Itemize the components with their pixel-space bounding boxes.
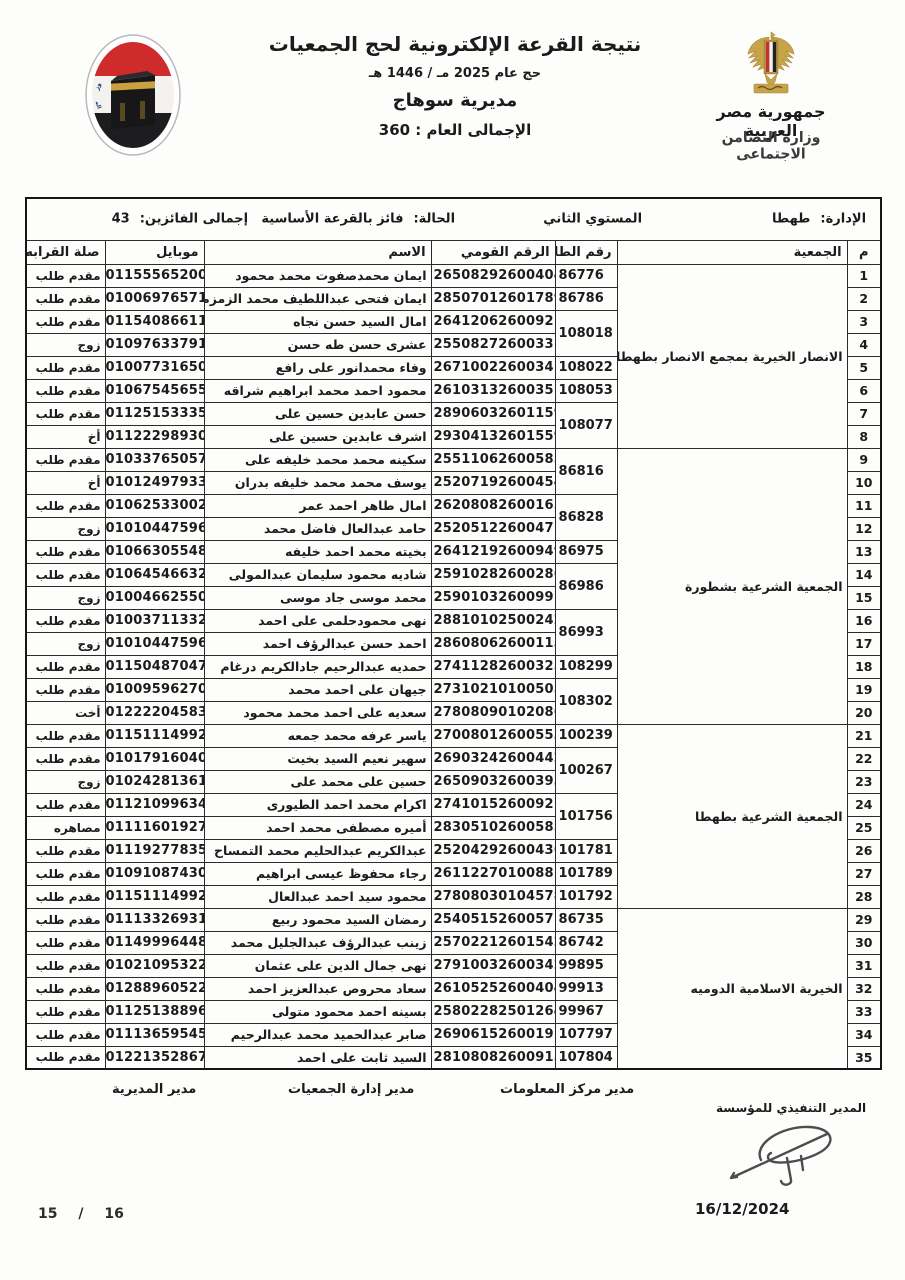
relation-cell: مقدم طلب bbox=[26, 724, 105, 747]
winners-total-value: 43 bbox=[112, 212, 130, 227]
name-cell: سهير نعيم السيد بخيت bbox=[204, 747, 431, 770]
name-cell: سعديه على احمد محمد محمود bbox=[204, 701, 431, 724]
request-number-cell: 101789 bbox=[555, 862, 617, 885]
name-cell: امال السيد حسن نجاه bbox=[204, 310, 431, 333]
row-number-cell: 32 bbox=[847, 977, 881, 1000]
name-cell: محمود احمد محمد ابراهيم شراقه bbox=[204, 379, 431, 402]
name-cell: وفاء محمدانور على رافع bbox=[204, 356, 431, 379]
egypt-state-emblem bbox=[738, 28, 804, 106]
status-field: الحالة:فائز بالقرعة الأساسية bbox=[261, 212, 455, 227]
column-header-request-number: رقم الطلب bbox=[555, 240, 617, 264]
document-page: وزارة التضامن الاجتماعي المؤسسة القومية … bbox=[0, 0, 905, 1280]
name-cell: حسن عابدين حسين على bbox=[204, 402, 431, 425]
page-separator: / bbox=[78, 1206, 83, 1222]
kaaba-icon bbox=[111, 71, 155, 129]
mobile-cell: 01150487047 bbox=[105, 655, 204, 678]
name-cell: عشرى حسن طه حسن bbox=[204, 333, 431, 356]
hajj-foundation-emblem: وزارة التضامن الاجتماعي المؤسسة القومية … bbox=[84, 33, 182, 161]
relation-cell: زوج bbox=[26, 632, 105, 655]
page-total: 16 bbox=[104, 1206, 123, 1222]
request-number-cell: 108302 bbox=[555, 678, 617, 724]
administration-value: طهطا bbox=[772, 212, 810, 227]
signature-title-executive-manager: المدير التنفيذي للمؤسسة bbox=[716, 1101, 866, 1115]
hajj-year-subtitle: حج عام 2025 مـ / 1446 هـ bbox=[250, 66, 660, 81]
mobile-cell: 01091087430 bbox=[105, 862, 204, 885]
mobile-cell: 01012497933 bbox=[105, 471, 204, 494]
row-number-cell: 26 bbox=[847, 839, 881, 862]
national-id-cell: 27808090102086 bbox=[431, 701, 555, 724]
relation-cell: مقدم طلب bbox=[26, 287, 105, 310]
mobile-cell: 01122298930 bbox=[105, 425, 204, 448]
relation-cell: مقدم طلب bbox=[26, 862, 105, 885]
national-id-cell: 26509032600393 bbox=[431, 770, 555, 793]
national-id-cell: 25204292600436 bbox=[431, 839, 555, 862]
administration-label: الإدارة: bbox=[820, 212, 866, 227]
mobile-cell: 01067545655 bbox=[105, 379, 204, 402]
association-cell: الجمعية الشرعية بشطورة bbox=[617, 448, 847, 724]
document-header: نتيجة القرعة الإلكترونية لحج الجمعيات حج… bbox=[250, 32, 660, 139]
request-number-cell: 86735 bbox=[555, 908, 617, 931]
name-cell: رمضان السيد محمود ربيع bbox=[204, 908, 431, 931]
relation-cell: مصاهره bbox=[26, 816, 105, 839]
table-info-row: الإدارة:طهطا المستوي الثاني الحالة:فائز … bbox=[26, 198, 881, 240]
name-cell: عبدالكريم عبدالحليم محمد التمساح bbox=[204, 839, 431, 862]
request-number-cell: 86986 bbox=[555, 563, 617, 609]
national-id-cell: 25802282501264 bbox=[431, 1000, 555, 1023]
relation-cell: أخ bbox=[26, 425, 105, 448]
row-number-cell: 16 bbox=[847, 609, 881, 632]
request-number-cell: 108053 bbox=[555, 379, 617, 402]
request-number-cell: 99967 bbox=[555, 1000, 617, 1023]
request-number-cell: 86742 bbox=[555, 931, 617, 954]
status-label: الحالة: bbox=[413, 212, 455, 227]
grand-total: الإجمالى العام : 360 bbox=[250, 121, 660, 139]
relation-cell: مقدم طلب bbox=[26, 563, 105, 586]
mobile-cell: 01121099634 bbox=[105, 793, 204, 816]
table-row: 21الجمعية الشرعية بطهطا10023927008012600… bbox=[26, 724, 881, 747]
mobile-cell: 01033765057 bbox=[105, 448, 204, 471]
association-cell: الجمعية الشرعية بطهطا bbox=[617, 724, 847, 908]
request-number-cell: 100267 bbox=[555, 747, 617, 793]
request-number-cell: 86975 bbox=[555, 540, 617, 563]
mobile-cell: 01009596270 bbox=[105, 678, 204, 701]
mobile-cell: 01097633791 bbox=[105, 333, 204, 356]
relation-cell: مقدم طلب bbox=[26, 908, 105, 931]
national-id-cell: 27008012600553 bbox=[431, 724, 555, 747]
name-cell: محمد موسى جاد موسى bbox=[204, 586, 431, 609]
page-number: 15 / 16 bbox=[38, 1206, 124, 1222]
row-number-cell: 1 bbox=[847, 264, 881, 287]
column-header-mobile: موبايل bbox=[105, 240, 204, 264]
column-header-association: الجمعية bbox=[617, 240, 847, 264]
name-cell: زينب عبدالرؤف عبدالجليل محمد bbox=[204, 931, 431, 954]
column-header-national-id: الرقم القومي bbox=[431, 240, 555, 264]
mobile-cell: 01149996448 bbox=[105, 931, 204, 954]
national-id-cell: 25702212601542 bbox=[431, 931, 555, 954]
request-number-cell: 100239 bbox=[555, 724, 617, 747]
national-id-cell: 29304132601559 bbox=[431, 425, 555, 448]
mobile-cell: 01113326931 bbox=[105, 908, 204, 931]
relation-cell: مقدم طلب bbox=[26, 448, 105, 471]
row-number-cell: 2 bbox=[847, 287, 881, 310]
page-current: 15 bbox=[38, 1206, 57, 1222]
document-date: 16/12/2024 bbox=[695, 1200, 789, 1218]
national-id-cell: 26710022600341 bbox=[431, 356, 555, 379]
mobile-cell: 01021095322 bbox=[105, 954, 204, 977]
national-id-cell: 28507012601789 bbox=[431, 287, 555, 310]
name-cell: يوسف محمد محمد خليفه بدران bbox=[204, 471, 431, 494]
name-cell: شاديه محمود سليمان عبدالمولى bbox=[204, 563, 431, 586]
column-header-name: الاسم bbox=[204, 240, 431, 264]
row-number-cell: 4 bbox=[847, 333, 881, 356]
name-cell: بسينه احمد محمود متولى bbox=[204, 1000, 431, 1023]
relation-cell: مقدم طلب bbox=[26, 264, 105, 287]
mobile-cell: 01222204583 bbox=[105, 701, 204, 724]
winners-total-label: إجمالى الفائزين: bbox=[140, 212, 248, 227]
mobile-cell: 01113659545 bbox=[105, 1023, 204, 1046]
relation-cell: مقدم طلب bbox=[26, 1000, 105, 1023]
national-id-cell: 25207192600454 bbox=[431, 471, 555, 494]
row-number-cell: 35 bbox=[847, 1046, 881, 1069]
mobile-cell: 01006976571 bbox=[105, 287, 204, 310]
name-cell: اشرف عابدين حسين على bbox=[204, 425, 431, 448]
handwritten-signature bbox=[723, 1120, 841, 1194]
table-row: 1الانصار الخيرية بمجمع الانصار بطهطا8677… bbox=[26, 264, 881, 287]
relation-cell: مقدم طلب bbox=[26, 954, 105, 977]
name-cell: اكرام محمد احمد الطيورى bbox=[204, 793, 431, 816]
row-number-cell: 6 bbox=[847, 379, 881, 402]
request-number-cell: 108018 bbox=[555, 310, 617, 356]
relation-cell: مقدم طلب bbox=[26, 310, 105, 333]
name-cell: ايمان محمدصفوت محمد محمود bbox=[204, 264, 431, 287]
request-number-cell: 99895 bbox=[555, 954, 617, 977]
relation-cell: مقدم طلب bbox=[26, 793, 105, 816]
national-id-cell: 26903242600442 bbox=[431, 747, 555, 770]
national-id-cell: 25205122600471 bbox=[431, 517, 555, 540]
national-id-cell: 27411282600325 bbox=[431, 655, 555, 678]
relation-cell: زوج bbox=[26, 333, 105, 356]
association-cell: الخيرية الاسلامية الدوميه bbox=[617, 908, 847, 1069]
national-id-cell: 28305102600585 bbox=[431, 816, 555, 839]
relation-cell: مقدم طلب bbox=[26, 379, 105, 402]
request-number-cell: 108077 bbox=[555, 402, 617, 448]
row-number-cell: 13 bbox=[847, 540, 881, 563]
mobile-cell: 01010447596 bbox=[105, 517, 204, 540]
signature-title-info-center: مدير مركز المعلومات bbox=[500, 1082, 634, 1097]
name-cell: السيد ثابت على احمد bbox=[204, 1046, 431, 1069]
name-cell: سعاد محروص عبدالعزيز احمد bbox=[204, 977, 431, 1000]
row-number-cell: 9 bbox=[847, 448, 881, 471]
request-number-cell: 86993 bbox=[555, 609, 617, 655]
row-number-cell: 18 bbox=[847, 655, 881, 678]
request-number-cell: 107797 bbox=[555, 1023, 617, 1046]
relation-cell: مقدم طلب bbox=[26, 977, 105, 1000]
column-header-relation: صلة القرابه bbox=[26, 240, 105, 264]
relation-cell: أخ bbox=[26, 471, 105, 494]
relation-cell: مقدم طلب bbox=[26, 839, 105, 862]
relation-cell: مقدم طلب bbox=[26, 1023, 105, 1046]
status-value: فائز بالقرعة الأساسية bbox=[261, 212, 403, 227]
mobile-cell: 01125138896 bbox=[105, 1000, 204, 1023]
national-id-cell: 25910282600286 bbox=[431, 563, 555, 586]
national-id-cell: 25508272600331 bbox=[431, 333, 555, 356]
relation-cell: مقدم طلب bbox=[26, 931, 105, 954]
row-number-cell: 12 bbox=[847, 517, 881, 540]
name-cell: صابر عبدالحميد محمد عبدالرحيم bbox=[204, 1023, 431, 1046]
national-id-cell: 27310210100505 bbox=[431, 678, 555, 701]
national-id-cell: 28608062600113 bbox=[431, 632, 555, 655]
kaaba-flag-emblem-icon: وزارة التضامن الاجتماعي المؤسسة القومية … bbox=[84, 33, 182, 157]
relation-cell: مقدم طلب bbox=[26, 1046, 105, 1069]
ministry-name: وزارة التضامن الاجتماعى bbox=[688, 129, 854, 163]
relation-cell: زوج bbox=[26, 770, 105, 793]
national-id-cell: 26508292600404 bbox=[431, 264, 555, 287]
row-number-cell: 3 bbox=[847, 310, 881, 333]
name-cell: نهى محمودحلمى على احمد bbox=[204, 609, 431, 632]
mobile-cell: 01010447596 bbox=[105, 632, 204, 655]
mobile-cell: 01024281361 bbox=[105, 770, 204, 793]
mobile-cell: 01003711332 bbox=[105, 609, 204, 632]
row-number-cell: 5 bbox=[847, 356, 881, 379]
mobile-cell: 01066305548 bbox=[105, 540, 204, 563]
directorate-name: مديرية سوهاج bbox=[250, 90, 660, 111]
name-cell: نهى جمال الدين على عثمان bbox=[204, 954, 431, 977]
lottery-results-table: الإدارة:طهطا المستوي الثاني الحالة:فائز … bbox=[25, 197, 882, 1070]
request-number-cell: 99913 bbox=[555, 977, 617, 1000]
mobile-cell: 01004662550 bbox=[105, 586, 204, 609]
relation-cell: مقدم طلب bbox=[26, 747, 105, 770]
national-id-cell: 26412192600949 bbox=[431, 540, 555, 563]
row-number-cell: 7 bbox=[847, 402, 881, 425]
row-number-cell: 17 bbox=[847, 632, 881, 655]
national-id-cell: 26112270100881 bbox=[431, 862, 555, 885]
name-cell: حسين على محمد على bbox=[204, 770, 431, 793]
table-row: 9الجمعية الشرعية بشطورة86816255110626005… bbox=[26, 448, 881, 471]
relation-cell: مقدم طلب bbox=[26, 356, 105, 379]
national-id-cell: 26105252600404 bbox=[431, 977, 555, 1000]
association-cell: الانصار الخيرية بمجمع الانصار بطهطا bbox=[617, 264, 847, 448]
national-id-cell: 26412062600921 bbox=[431, 310, 555, 333]
relation-cell: مقدم طلب bbox=[26, 402, 105, 425]
request-number-cell: 107804 bbox=[555, 1046, 617, 1069]
mobile-cell: 01125153335 bbox=[105, 402, 204, 425]
national-id-cell: 25511062600585 bbox=[431, 448, 555, 471]
mobile-cell: 01151114992 bbox=[105, 724, 204, 747]
eagle-icon bbox=[738, 28, 804, 102]
mobile-cell: 01062533002 bbox=[105, 494, 204, 517]
national-id-cell: 25405152600571 bbox=[431, 908, 555, 931]
signature-title-directorate-manager: مدير المديرية bbox=[112, 1082, 196, 1097]
row-number-cell: 29 bbox=[847, 908, 881, 931]
row-number-cell: 8 bbox=[847, 425, 881, 448]
row-number-cell: 28 bbox=[847, 885, 881, 908]
row-number-cell: 34 bbox=[847, 1023, 881, 1046]
relation-cell: أخت bbox=[26, 701, 105, 724]
national-id-cell: 27910032600342 bbox=[431, 954, 555, 977]
relation-cell: مقدم طلب bbox=[26, 678, 105, 701]
row-number-cell: 21 bbox=[847, 724, 881, 747]
relation-cell: مقدم طلب bbox=[26, 885, 105, 908]
national-id-cell: 27410152600921 bbox=[431, 793, 555, 816]
administration-field: الإدارة:طهطا bbox=[772, 212, 866, 227]
relation-cell: مقدم طلب bbox=[26, 540, 105, 563]
name-cell: أميره مصطفى محمد احمد bbox=[204, 816, 431, 839]
relation-cell: زوج bbox=[26, 586, 105, 609]
row-number-cell: 19 bbox=[847, 678, 881, 701]
mobile-cell: 01064546632 bbox=[105, 563, 204, 586]
info-bar: الإدارة:طهطا المستوي الثاني الحالة:فائز … bbox=[26, 198, 881, 240]
mobile-cell: 01154086611 bbox=[105, 310, 204, 333]
request-number-cell: 86776 bbox=[555, 264, 617, 287]
relation-cell: مقدم طلب bbox=[26, 655, 105, 678]
national-id-cell: 28810102500242 bbox=[431, 609, 555, 632]
row-number-cell: 10 bbox=[847, 471, 881, 494]
signature-title-associations-manager: مدير إدارة الجمعيات bbox=[288, 1082, 414, 1097]
name-cell: احمد حسن عبدالرؤف احمد bbox=[204, 632, 431, 655]
level-field: المستوي الثاني bbox=[543, 212, 642, 227]
mobile-cell: 01151114992 bbox=[105, 885, 204, 908]
name-cell: امال طاهر احمد عمر bbox=[204, 494, 431, 517]
name-cell: حامد عبدالعال فاضل محمد bbox=[204, 517, 431, 540]
request-number-cell: 108022 bbox=[555, 356, 617, 379]
name-cell: سكينه محمد محمد خليفه على bbox=[204, 448, 431, 471]
national-id-cell: 26208082600165 bbox=[431, 494, 555, 517]
row-number-cell: 31 bbox=[847, 954, 881, 977]
national-id-cell: 28906032601159 bbox=[431, 402, 555, 425]
request-number-cell: 86816 bbox=[555, 448, 617, 494]
name-cell: بخيته محمد احمد خليفه bbox=[204, 540, 431, 563]
mobile-cell: 01288960522 bbox=[105, 977, 204, 1000]
name-cell: ياسر عرفه محمد جمعه bbox=[204, 724, 431, 747]
request-number-cell: 101756 bbox=[555, 793, 617, 839]
request-number-cell: 86828 bbox=[555, 494, 617, 540]
name-cell: محمود سيد احمد عبدالعال bbox=[204, 885, 431, 908]
mobile-cell: 01017916040 bbox=[105, 747, 204, 770]
row-number-cell: 27 bbox=[847, 862, 881, 885]
relation-cell: زوج bbox=[26, 517, 105, 540]
request-number-cell: 108299 bbox=[555, 655, 617, 678]
mobile-cell: 01119277835 bbox=[105, 839, 204, 862]
table-row: 29الخيرية الاسلامية الدوميه8673525405152… bbox=[26, 908, 881, 931]
request-number-cell: 86786 bbox=[555, 287, 617, 310]
name-cell: ايمان فتحى عبداللطيف محمد الزمزمى bbox=[204, 287, 431, 310]
request-number-cell: 101792 bbox=[555, 885, 617, 908]
row-number-cell: 11 bbox=[847, 494, 881, 517]
row-number-cell: 30 bbox=[847, 931, 881, 954]
national-id-cell: 26906152600191 bbox=[431, 1023, 555, 1046]
mobile-cell: 01155565200 bbox=[105, 264, 204, 287]
winners-total-field: إجمالى الفائزين:43 bbox=[112, 212, 248, 227]
national-id-cell: 25901032600991 bbox=[431, 586, 555, 609]
national-id-cell: 28108082600915 bbox=[431, 1046, 555, 1069]
row-number-cell: 14 bbox=[847, 563, 881, 586]
table-header-row: م الجمعية رقم الطلب الرقم القومي الاسم م… bbox=[26, 240, 881, 264]
row-number-cell: 15 bbox=[847, 586, 881, 609]
relation-cell: مقدم طلب bbox=[26, 494, 105, 517]
row-number-cell: 20 bbox=[847, 701, 881, 724]
national-id-cell: 26103132600351 bbox=[431, 379, 555, 402]
mobile-cell: 01221352867 bbox=[105, 1046, 204, 1069]
name-cell: رجاء محفوظ عيسى ابراهيم bbox=[204, 862, 431, 885]
national-id-cell: 27808030104578 bbox=[431, 885, 555, 908]
row-number-cell: 33 bbox=[847, 1000, 881, 1023]
row-number-cell: 23 bbox=[847, 770, 881, 793]
name-cell: حمديه عبدالرحيم جادالكريم درغام bbox=[204, 655, 431, 678]
results-table-body: 1الانصار الخيرية بمجمع الانصار بطهطا8677… bbox=[26, 264, 881, 1069]
request-number-cell: 101781 bbox=[555, 839, 617, 862]
mobile-cell: 01007731650 bbox=[105, 356, 204, 379]
name-cell: جيهان على احمد محمد bbox=[204, 678, 431, 701]
row-number-cell: 22 bbox=[847, 747, 881, 770]
column-header-index: م bbox=[847, 240, 881, 264]
mobile-cell: 01111601927 bbox=[105, 816, 204, 839]
page-title: نتيجة القرعة الإلكترونية لحج الجمعيات bbox=[250, 32, 660, 56]
row-number-cell: 24 bbox=[847, 793, 881, 816]
relation-cell: مقدم طلب bbox=[26, 609, 105, 632]
row-number-cell: 25 bbox=[847, 816, 881, 839]
